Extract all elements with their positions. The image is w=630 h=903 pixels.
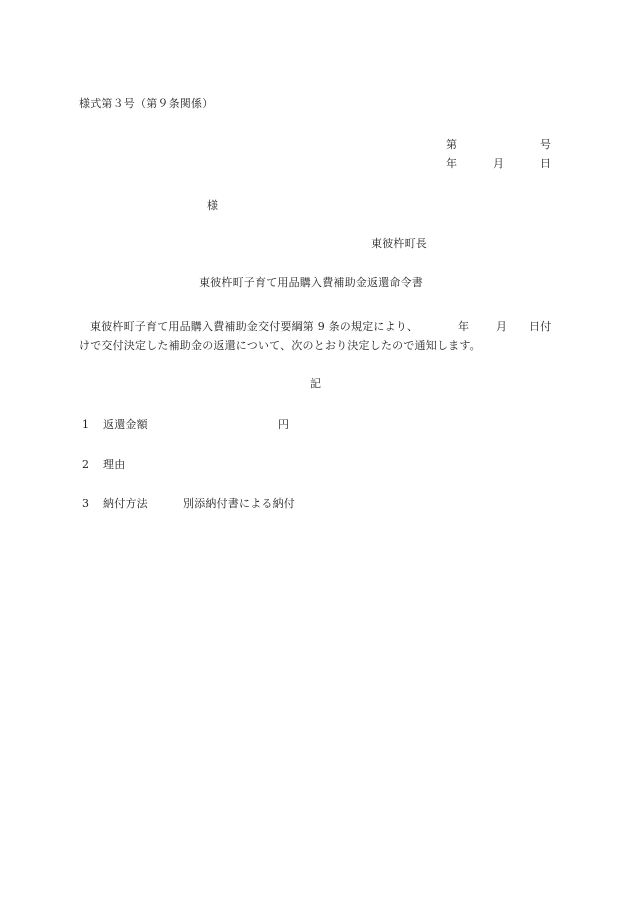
body-line-1-day: 日付 [529, 320, 551, 334]
item-1-label: 返還金額 [103, 418, 148, 432]
body-line-1: 東彼杵町子育て用品購入費補助金交付要綱第 9 条の規定により、 [90, 320, 418, 334]
item-2-number: 2 [82, 458, 89, 472]
item-3-label: 納付方法 [103, 497, 148, 511]
addressee-suffix: 様 [207, 199, 218, 213]
form-label: 様式第３号（第９条関係） [79, 97, 213, 111]
item-3-value: 別添納付書による納付 [183, 497, 295, 511]
item-1-number: 1 [82, 418, 89, 432]
body-line-1-year: 年 [458, 320, 469, 334]
date-year: 年 [446, 157, 457, 171]
item-2-label: 理由 [103, 458, 125, 472]
date-day: 日 [540, 157, 551, 171]
number-prefix: 第 [446, 138, 457, 152]
number-suffix: 号 [540, 138, 551, 152]
date-month: 月 [493, 157, 504, 171]
ki-heading: 記 [310, 377, 321, 391]
issuer: 東彼杵町長 [371, 237, 427, 251]
item-3-number: 3 [82, 497, 89, 511]
document-title: 東彼杵町子育て用品購入費補助金返還命令書 [199, 276, 423, 290]
item-1-unit: 円 [278, 418, 289, 432]
body-line-2: けで交付決定した補助金の返還について、次のとおり決定したので通知します。 [79, 339, 481, 353]
body-line-1-month: 月 [496, 320, 507, 334]
